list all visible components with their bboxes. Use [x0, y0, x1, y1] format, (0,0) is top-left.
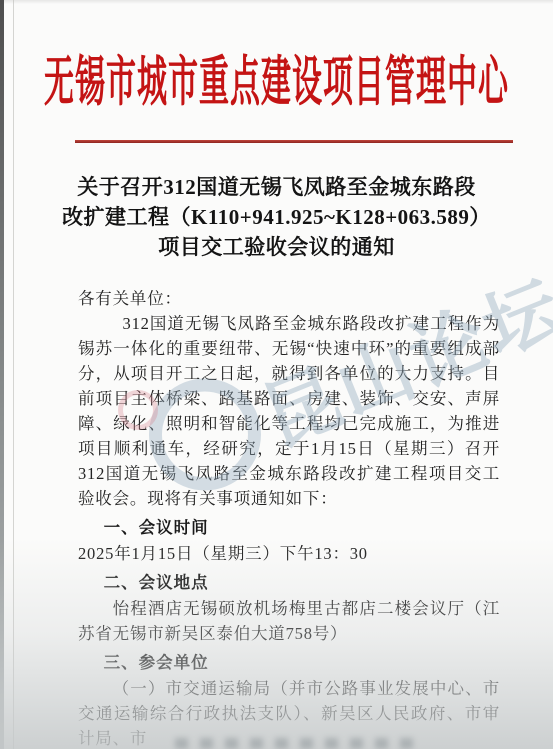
notice-body: 各有关单位： 312国道无锡飞凤路至金城东路段改扩建工程作为锡苏一体化的重要纽带… [78, 286, 500, 749]
section-2-heading: 二、会议地点 [78, 571, 500, 596]
org-name: 无锡市城市重点建设项目管理中心 [0, 34, 553, 135]
section-1-heading: 一、会议时间 [78, 516, 500, 541]
notice-title-line-3: 项目交工验收会议的通知 [30, 232, 523, 262]
notice-title-line-1: 关于召开312国道无锡飞凤路至金城东路段 [30, 172, 523, 202]
notice-title-line-2: 改扩建工程（K110+941.925~K128+063.589） [30, 202, 523, 232]
page-top-edge [0, 0, 553, 4]
notice-title: 关于召开312国道无锡飞凤路至金城东路段 改扩建工程（K110+941.925~… [30, 172, 523, 262]
letterhead-rule [75, 140, 513, 143]
section-3-body: （一）市交通运输局（并市公路事业发展中心、市交通运输综合行政执法支队）、新吴区人… [78, 676, 500, 749]
section-2-body: 怡程酒店无锡硕放机场梅里古都店二楼会议厅（江苏省无锡市新吴区泰伯大道758号） [78, 596, 500, 646]
document-page: 无锡市城市重点建设项目管理中心 关于召开312国道无锡飞凤路至金城东路段 改扩建… [0, 0, 553, 749]
salutation: 各有关单位： [78, 286, 500, 311]
intro-paragraph: 312国道无锡飞凤路至金城东路段改扩建工程作为锡苏一体化的重要纽带、无锡“快速中… [78, 311, 500, 511]
section-1-body: 2025年1月15日（星期三）下午13：30 [78, 541, 500, 566]
section-3-heading: 三、参会单位 [78, 651, 500, 676]
